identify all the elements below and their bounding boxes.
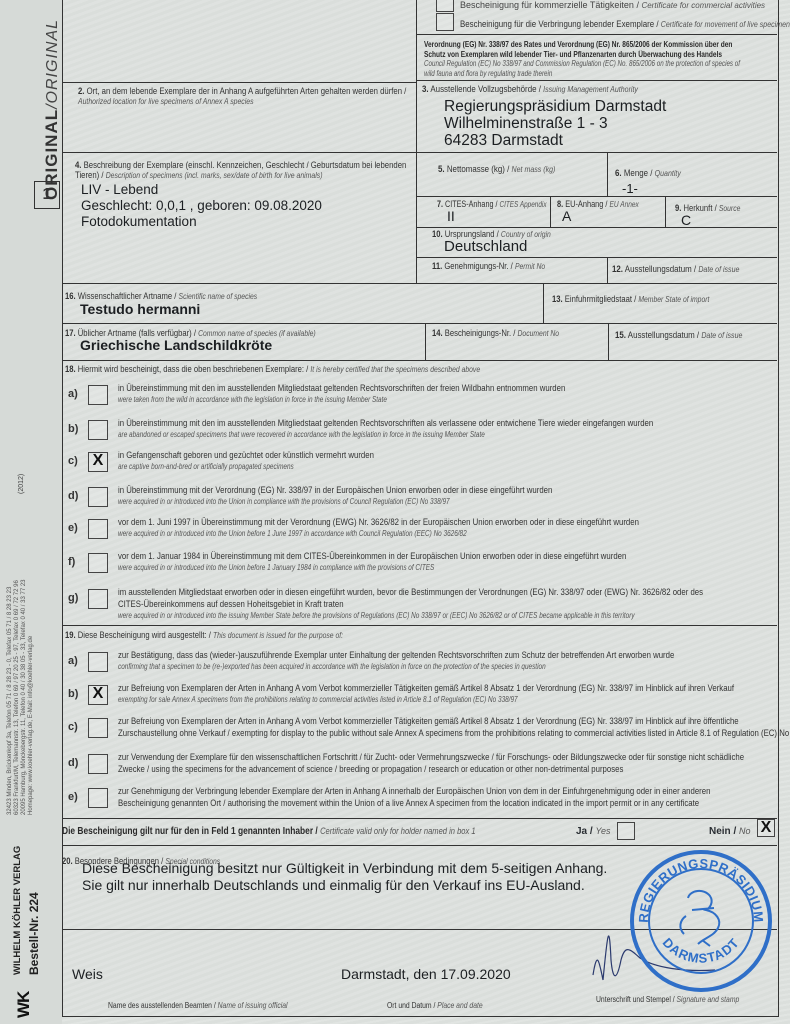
checkbox-s18-d[interactable] [88, 487, 108, 507]
option-text-en: were acquired in or introduced into the … [118, 529, 467, 538]
publisher-name: WILHELM KÖHLER VERLAG [12, 846, 23, 975]
publisher-line: 60323 Frankfurt/M, Telemannstr. 13, Tele… [14, 580, 21, 816]
checkbox-s19-c[interactable] [88, 718, 108, 738]
regulation-text: Verordnung (EG) Nr. 338/97 des Rates und… [424, 40, 774, 78]
option-letter: a) [68, 655, 78, 667]
option-text-en: were acquired in or introduced into the … [118, 563, 434, 572]
publisher-line: 20095 Hamburg, Mönckebergstr. 11, Telefo… [21, 580, 28, 816]
option-text-en: confirming that a specimen to be (re-)ex… [118, 662, 546, 671]
option-letter: b) [68, 688, 78, 700]
option-text-en: were acquired in or introduced into the … [118, 497, 450, 506]
option-letter: f) [68, 556, 75, 568]
option-text-de: in Übereinstimmung mit den im ausstellen… [118, 418, 653, 429]
quantity-value: -1- [622, 181, 638, 196]
checkbox-s18-a[interactable] [88, 385, 108, 405]
option-letter: e) [68, 522, 78, 534]
cites-appendix-value: II [447, 208, 455, 224]
field-5-label: 5. Nettomasse (kg) / Net mass (kg) [438, 164, 555, 174]
publisher-line: Homepage: www.koehler-verlag.de, E-Mail:… [28, 580, 35, 816]
special-condition-line: Sie gilt nur innerhalb Deutschlands und … [82, 877, 607, 894]
official-name-label: Name des ausstellenden Beamten / Name of… [108, 1001, 288, 1010]
option-text-de: im ausstellenden Mitgliedstaat erworben … [118, 587, 703, 598]
place-date-value: Darmstadt, den 17.09.2020 [341, 966, 511, 982]
option-text-de: zur Genehmigung der Verbringung lebender… [118, 786, 710, 797]
option-text-en: were acquired in or introduced into the … [118, 611, 635, 620]
svg-text:DARMSTADT: DARMSTADT [660, 935, 743, 966]
validity-label: Die Bescheinigung gilt nur für den in Fe… [62, 826, 476, 837]
checkbox-s19-d[interactable] [88, 754, 108, 774]
regulation-de-2: Schutz von Exemplaren wild lebender Tier… [424, 50, 711, 60]
field-12-label: 12. Ausstellungsdatum / Date of issue [612, 264, 739, 274]
authority-line: Wilhelminenstraße 1 - 3 [444, 115, 666, 132]
checkbox-cert-commercial[interactable] [436, 0, 454, 12]
option-letter: a) [68, 388, 78, 400]
option-letter: d) [68, 757, 78, 769]
svg-text:REGIERUNGSPRÄSIDIUM: REGIERUNGSPRÄSIDIUM [636, 856, 766, 923]
eu-annex-value: A [562, 208, 571, 224]
form-year: (2012) [18, 474, 25, 494]
regulation-en-2: wild fauna and flora by regulating trade… [424, 69, 697, 79]
option-text-en: are abandoned or escaped specimens that … [118, 430, 485, 439]
checkbox-s18-g[interactable] [88, 589, 108, 609]
field-4-label: 4. Beschreibung der Exemplare (einschl. … [75, 160, 406, 180]
field-6-label: 6. Menge / Quantity [615, 168, 681, 178]
field-14-label: 14. Bescheinigungs-Nr. / Document No [432, 328, 559, 338]
copy-number: 1 [43, 186, 52, 203]
option-text-de: in Übereinstimmung mit der Verordnung (E… [118, 485, 552, 496]
section-18-label: 18. Hiermit wird bescheinigt, dass die o… [65, 364, 480, 374]
official-name-value: Weis [72, 966, 103, 982]
checkbox-valid-no[interactable]: X [757, 819, 775, 837]
checkbox-s19-b[interactable]: X [88, 685, 108, 705]
signature-stamp-label: Unterschrift und Stempel / Signature and… [596, 995, 739, 1004]
checkbox-cert-movement[interactable] [436, 13, 454, 31]
original-label-en: /ORIGINAL [44, 19, 61, 109]
option-letter: b) [68, 423, 78, 435]
cert-commercial-label: Bescheinigung für kommerzielle Tätigkeit… [460, 0, 765, 10]
cert-movement-label: Bescheinigung für die Verbringung lebend… [460, 19, 790, 29]
option-text-de: zur Verwendung der Exemplare für den wis… [118, 752, 744, 763]
option-letter: g) [68, 592, 78, 604]
checkbox-s18-e[interactable] [88, 519, 108, 539]
option-text-de: vor dem 1. Juni 1997 in Übereinstimmung … [118, 517, 639, 528]
specimen-description-value: LIV - Lebend Geschlecht: 0,0,1 , geboren… [81, 182, 322, 230]
description-line: Fotodokumentation [81, 214, 322, 230]
option-letter: d) [68, 490, 78, 502]
checkbox-s18-c[interactable]: X [88, 452, 108, 472]
stamp-text: REGIERUNGSPRÄSIDIUM DARMSTADT [630, 850, 772, 992]
authority-line: 64283 Darmstadt [444, 132, 666, 149]
checkbox-s19-e[interactable] [88, 788, 108, 808]
validity-no-label: Nein / No [709, 826, 751, 837]
option-letter: e) [68, 791, 78, 803]
publisher-logo: WK [14, 992, 34, 1018]
regulation-de-1: Verordnung (EG) Nr. 338/97 des Rates und… [424, 40, 711, 50]
country-of-origin-value: Deutschland [444, 238, 527, 255]
option-text-en: were taken from the wild in accordance w… [118, 395, 387, 404]
authority-line: Regierungspräsidium Darmstadt [444, 98, 666, 115]
source-value: C [681, 212, 691, 228]
special-conditions-value: Diese Bescheinigung besitzt nur Gültigke… [82, 860, 607, 894]
description-line: LIV - Lebend [81, 182, 322, 198]
copy-number-box: 1 [34, 181, 60, 209]
option-text-en: are captive born-and-bred or artificiall… [118, 462, 294, 471]
section-19-label: 19. Diese Bescheinigung wird ausgestellt… [65, 630, 343, 640]
option-text-de: zur Befreiung von Exemplaren der Arten i… [118, 716, 739, 727]
common-name-value: Griechische Landschildkröte [80, 337, 272, 353]
left-margin: ORIGINAL/ORIGINAL 1 (2012) 32423 Minden,… [0, 0, 62, 1024]
field-3-label: 3. Ausstellende Vollzugsbehörde / Issuin… [422, 84, 638, 94]
option-text-de-cont: Zwecke / using the specimens for the adv… [118, 764, 623, 775]
checkbox-s18-b[interactable] [88, 420, 108, 440]
option-text-en: exempting for sale Annex A specimens fro… [118, 695, 518, 704]
field-13-label: 13. Einfuhrmitgliedstaat / Member State … [552, 294, 709, 304]
lion-emblem-icon [680, 891, 719, 946]
publisher-address: 32423 Minden, Brückenkopf 3a, Telefon 05… [7, 580, 35, 816]
description-line: Geschlecht: 0,0,1 , geboren: 09.08.2020 [81, 198, 322, 214]
option-text-de-cont: CITES-Übereinkommens auf dessen Hoheitsg… [118, 599, 344, 610]
order-number: Bestell-Nr. 224 [27, 892, 41, 975]
option-text-de: zur Befreiung von Exemplaren der Arten i… [118, 683, 734, 694]
option-letter: c) [68, 455, 78, 467]
certificate-page: ORIGINAL/ORIGINAL 1 (2012) 32423 Minden,… [0, 0, 790, 1024]
validity-yes-label: Ja / Yes [576, 826, 610, 837]
field-16-label: 16. Wissenschaftlicher Artname / Scienti… [65, 291, 257, 301]
scientific-name-value: Testudo hermanni [80, 301, 200, 317]
checkbox-s18-f[interactable] [88, 553, 108, 573]
publisher-line: 32423 Minden, Brückenkopf 3a, Telefon 05… [7, 580, 14, 816]
special-condition-line: Diese Bescheinigung besitzt nur Gültigke… [82, 860, 607, 877]
field-15-label: 15. Ausstellungsdatum / Date of issue [615, 330, 742, 340]
place-date-label: Ort und Datum / Place and date [387, 1001, 483, 1010]
option-text-de-cont: Bescheinigung genannten Ort / authorisin… [118, 798, 699, 809]
field-11-label: 11. Genehmigungs-Nr. / Permit No [432, 261, 545, 271]
original-label: ORIGINAL/ORIGINAL [42, 19, 62, 200]
option-text-de: in Gefangenschaft geboren und gezüchtet … [118, 450, 374, 461]
option-text-de: zur Bestätigung, dass das (wieder-)auszu… [118, 650, 674, 661]
regulation-en-1: Council Regulation (EC) No 338/97 and Co… [424, 59, 697, 69]
field-2-label: 2. Ort, an dem lebende Exemplare der in … [78, 86, 406, 106]
option-text-de: in Übereinstimmung mit den im ausstellen… [118, 383, 565, 394]
checkbox-s19-a[interactable] [88, 652, 108, 672]
option-text-de-cont: Zurschaustellung ohne Verkauf / exemptin… [118, 728, 790, 739]
official-stamp: REGIERUNGSPRÄSIDIUM DARMSTADT [630, 850, 772, 992]
option-text-de: vor dem 1. Januar 1984 in Übereinstimmun… [118, 551, 626, 562]
checkbox-valid-yes[interactable] [617, 822, 635, 840]
issuing-authority-value: Regierungspräsidium Darmstadt Wilhelmine… [444, 98, 666, 149]
option-letter: c) [68, 721, 78, 733]
